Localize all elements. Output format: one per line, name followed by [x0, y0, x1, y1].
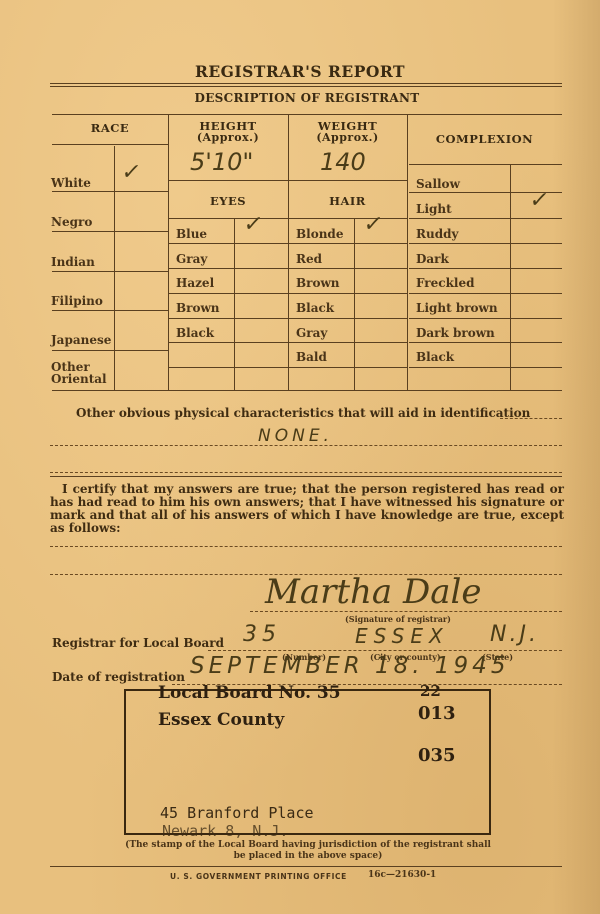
complexion-ruddy-label: Ruddy: [416, 227, 458, 241]
date-of-registration-value[interactable]: SEPTEMBER 18. 1945: [190, 653, 509, 679]
eyes-row-rule: [168, 342, 288, 343]
race-filipino-label: Filipino: [51, 294, 103, 308]
footer-printer: U. S. GOVERNMENT PRINTING OFFICE: [170, 872, 347, 881]
complexion-row-rule: [409, 318, 562, 319]
other-characteristics-label: Other obvious physical characteristics t…: [76, 407, 530, 420]
complexion-light-brown-label: Light brown: [416, 301, 498, 315]
hair-header-rule: [288, 218, 407, 219]
divider-complexion-check: [510, 164, 511, 390]
complexion-row-rule: [409, 293, 562, 294]
eyes-row-rule: [168, 268, 288, 269]
divider-weight-complexion: [407, 114, 408, 390]
hair-row-rule: [288, 342, 407, 343]
race-negro-label: Negro: [51, 215, 92, 229]
eyes-row-rule: [168, 318, 288, 319]
eyes-black-label: Black: [176, 326, 214, 340]
eyes-row-rule: [168, 367, 288, 368]
hair-blonde-check-icon[interactable]: ✓: [362, 212, 385, 237]
race-header-rule: [52, 144, 168, 145]
race-row-rule: [52, 350, 168, 351]
race-row-rule: [52, 271, 168, 272]
complexion-row-rule: [409, 342, 562, 343]
title-rule: [50, 83, 562, 84]
hair-row-rule: [288, 318, 407, 319]
stamp-code-bottom: 035: [418, 745, 456, 766]
height-value[interactable]: 5'10": [190, 148, 253, 176]
race-header: RACE: [52, 122, 168, 134]
local-board-line: [208, 650, 562, 651]
weight-header-sub: (Approx.): [288, 132, 407, 144]
eyes-blue-label: Blue: [176, 227, 207, 241]
divider-race-check: [114, 146, 115, 390]
hair-black-label: Black: [296, 301, 334, 315]
complexion-black-label: Black: [416, 350, 454, 364]
stamp-address-line1: 45 Branford Place: [160, 804, 314, 822]
complexion-light-label: Light: [416, 202, 452, 216]
local-board-county[interactable]: ESSEX: [355, 624, 449, 648]
complexion-row-rule: [409, 367, 562, 368]
certification-text: I certify that my answers are true; that…: [50, 483, 564, 535]
local-board-label: Registrar for Local Board: [52, 637, 224, 650]
exceptions-line-1: [50, 546, 562, 547]
race-white-label: White: [51, 176, 91, 190]
eyes-row-rule: [168, 243, 288, 244]
hair-brown-label: Brown: [296, 276, 340, 290]
eyes-header-rule: [168, 218, 288, 219]
race-indian-label: Indian: [51, 255, 95, 269]
height-weight-rule: [168, 180, 407, 181]
complexion-light-check-icon[interactable]: ✓: [528, 188, 551, 213]
footer-form-code: 16c—21630-1: [368, 870, 436, 880]
hair-row-rule: [288, 367, 407, 368]
race-row-rule: [52, 231, 168, 232]
stamp-address-line2: Newark 8, N.J.: [162, 822, 288, 840]
stamp-county-line: Essex County: [158, 710, 284, 730]
eyes-hazel-label: Hazel: [176, 276, 214, 290]
table-bottom-rule: [52, 390, 562, 391]
complexion-dark-brown-label: Dark brown: [416, 326, 495, 340]
signature-line: [250, 611, 562, 612]
race-row-rule: [52, 310, 168, 311]
footer-rule: [50, 866, 562, 867]
height-header-sub: (Approx.): [168, 132, 288, 144]
complexion-row-rule: [409, 268, 562, 269]
other-characteristics-line-1: [50, 445, 562, 446]
complexion-header-rule: [409, 164, 562, 165]
signature-caption: (Signature of registrar): [345, 614, 451, 624]
complexion-dark-label: Dark: [416, 252, 449, 266]
title-rule-2: [50, 86, 562, 87]
weight-value[interactable]: 140: [320, 148, 366, 176]
hair-red-label: Red: [296, 252, 322, 266]
local-board-number[interactable]: 35: [243, 622, 281, 647]
eyes-gray-label: Gray: [176, 252, 207, 266]
hair-header: HAIR: [288, 195, 407, 207]
stamp-code-top: 22: [420, 682, 441, 700]
other-characteristics-value[interactable]: NONE.: [258, 426, 333, 446]
hair-blonde-label: Blonde: [296, 227, 343, 241]
eyes-header: EYES: [168, 195, 288, 207]
eyes-brown-label: Brown: [176, 301, 220, 315]
section-rule: [50, 476, 562, 477]
report-title: REGISTRAR'S REPORT: [0, 62, 600, 81]
race-row-rule: [52, 191, 168, 192]
complexion-freckled-label: Freckled: [416, 276, 474, 290]
hair-gray-label: Gray: [296, 326, 327, 340]
race-japanese-label: Japanese: [51, 333, 111, 347]
stamp-board-line: Local Board No. 35: [158, 683, 341, 703]
hair-row-rule: [288, 293, 407, 294]
stamp-caption: (The stamp of the Local Board having jur…: [118, 840, 498, 862]
table-top-rule: [52, 114, 562, 115]
race-white-check-icon[interactable]: ✓: [120, 160, 143, 185]
complexion-row-rule: [409, 243, 562, 244]
other-characteristics-dash: [500, 418, 562, 419]
complexion-sallow-label: Sallow: [416, 177, 460, 191]
hair-bald-label: Bald: [296, 350, 327, 364]
local-board-state[interactable]: N.J.: [490, 622, 539, 647]
registrar-signature[interactable]: Martha Dale: [265, 572, 482, 612]
complexion-header: COMPLEXION: [407, 133, 562, 145]
eyes-blue-check-icon[interactable]: ✓: [242, 212, 265, 237]
other-characteristics-line-2: [50, 472, 562, 473]
eyes-row-rule: [168, 293, 288, 294]
divider-race-height: [168, 114, 169, 390]
hair-row-rule: [288, 243, 407, 244]
race-other-oriental-label: Other Oriental: [51, 361, 121, 385]
stamp-code-mid: 013: [418, 703, 456, 724]
complexion-row-rule: [409, 218, 562, 219]
section-subtitle: DESCRIPTION OF REGISTRANT: [0, 91, 600, 105]
hair-row-rule: [288, 268, 407, 269]
divider-height-weight: [288, 114, 289, 390]
